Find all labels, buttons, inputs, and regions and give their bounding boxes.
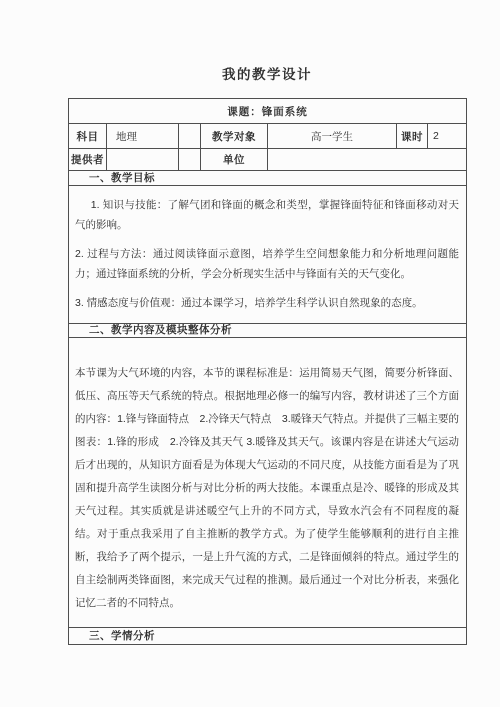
spacer-cell	[179, 124, 201, 149]
subject-value: 地理	[107, 124, 179, 149]
spacer-cell	[179, 149, 201, 171]
provider-value	[107, 149, 179, 171]
audience-label: 教学对象	[201, 124, 268, 149]
table-row: 二、教学内容及模块整体分析	[69, 324, 467, 338]
table-row: 科目 地理 教学对象 高一学生 课时 2	[69, 124, 467, 149]
table-row: 提供者 单位	[69, 149, 467, 171]
objectives-paragraph-2: 2. 过程与方法：通过阅读锋面示意图，培养学生空间想象能力和分析地理问题能力；通…	[75, 244, 459, 284]
hours-value: 2	[428, 124, 467, 149]
audience-value: 高一学生	[268, 124, 397, 149]
objectives-paragraph-1: 1. 知识与技能：了解气团和锋面的概念和类型，掌握锋面特征和锋面移动对天气的影响…	[75, 195, 459, 235]
section3-heading: 三、学情分析	[69, 628, 467, 645]
provider-label: 提供者	[69, 149, 107, 171]
teaching-design-table: 课题：锋面系统 科目 地理 教学对象 高一学生 课时 2 提供者 单位 一、教学…	[68, 98, 467, 645]
table-row: 一、教学目标	[69, 171, 467, 186]
objectives-paragraph-3: 3. 情感态度与价值观：通过本课学习，培养学生科学认识自然现象的态度。	[75, 293, 459, 313]
page-title: 我的教学设计	[68, 63, 466, 83]
topic-header: 课题：锋面系统	[69, 99, 467, 124]
content-analysis-paragraph: 本节课为大气环境的内容，本节的课程标准是：运用简易天气图，简要分析锋面、低压、高…	[75, 362, 459, 615]
unit-label: 单位	[201, 149, 268, 171]
table-row: 本节课为大气环境的内容，本节的课程标准是：运用简易天气图，简要分析锋面、低压、高…	[69, 338, 467, 628]
table-row: 三、学情分析	[69, 628, 467, 645]
hours-label: 课时	[397, 124, 428, 149]
section1-body: 1. 知识与技能：了解气团和锋面的概念和类型，掌握锋面特征和锋面移动对天气的影响…	[69, 186, 467, 324]
section2-body: 本节课为大气环境的内容，本节的课程标准是：运用简易天气图，简要分析锋面、低压、高…	[69, 338, 467, 628]
section2-heading: 二、教学内容及模块整体分析	[69, 324, 467, 338]
unit-value	[268, 149, 467, 171]
table-row: 1. 知识与技能：了解气团和锋面的概念和类型，掌握锋面特征和锋面移动对天气的影响…	[69, 186, 467, 324]
table-row: 课题：锋面系统	[69, 99, 467, 124]
subject-label: 科目	[69, 124, 107, 149]
section1-heading: 一、教学目标	[69, 171, 467, 186]
